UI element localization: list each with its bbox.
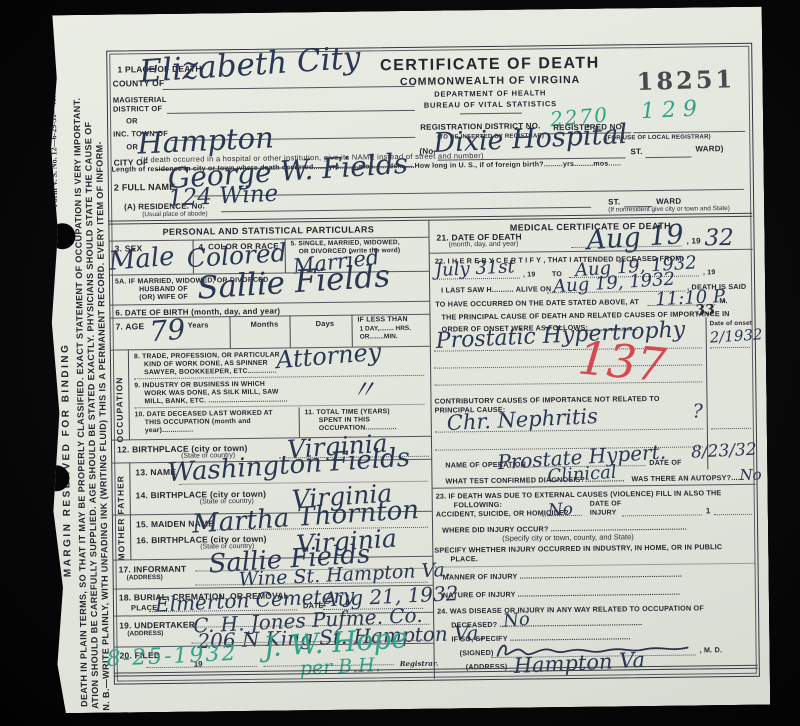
attended-year-print-2: , 19 [703,269,716,276]
certificate-title: CERTIFICATE OF DEATH [342,54,637,76]
registrar-print-label: Registrar. [400,659,439,668]
date-of-death-note: (month, day, and year) [449,241,519,249]
months-label: Months [250,320,278,329]
date-of-injury-label-1: DATE OF [590,500,622,507]
date-of-death-year-print: , 19 [687,236,701,245]
district-of-label: DISTRICT OF [113,104,162,114]
serial-number-stamp: 18251 [636,64,735,96]
autopsy-label: WAS THERE AN AUTOPSY?...... [631,473,744,483]
md-label: , M. D. [700,645,723,654]
sex-value-handwriting: Male [108,242,176,277]
if-less-than-label-2: 1 DAY,........ HRS. [360,325,412,333]
abode-note: (Usual place of abode) [142,210,207,218]
ward-label: WARD) [695,144,723,153]
signed-label: (SIGNED) [460,648,494,657]
attended-year-print-1: , 19 [523,271,536,278]
occupation-side-label: OCCUPATION [114,377,125,443]
total-time-label-2: SPENT IN THIS [319,416,370,424]
punch-hole-top [49,223,75,249]
or-label-2: OR [126,142,138,151]
st-label: ST. [630,147,642,156]
date-of-injury-label-2: INJURY [590,509,617,516]
spouse-label-3: (OR) WIFE OF [139,294,188,302]
specify-injury-label-2: PLACE. [450,554,478,563]
red-code-number: 137 [576,330,668,392]
test-value-handwriting: Clinical [547,462,617,487]
if-less-than-label-1: IF LESS THAN [357,316,407,324]
autopsy-value-handwriting: No [739,466,761,484]
injury-mark: 1 [706,506,711,515]
undertaker-address-label: (ADDRESS) [127,630,163,637]
margin-binding-note: MARGIN RESERVED FOR BINDING [60,343,74,578]
last-worked-label-3: year)............... [145,427,194,435]
age-value-handwriting: 79 [148,313,186,349]
informant-address-label: (ADDRESS) [127,574,163,581]
registered-no-value: 129 [640,96,704,124]
last-worked-label-2: THIS OCCUPATION (month and [145,418,251,426]
industry-ditto-mark: 〃 [350,369,376,406]
ward2-label: WARD [656,197,681,206]
st2-label: ST. [608,197,620,206]
occupation-related-value-handwriting: No [502,609,530,632]
onset-value-handwriting: 2/1932 [709,325,763,346]
years-label: Years [188,320,209,329]
operation-date-value-handwriting: 8/23/32 [691,440,757,463]
scanned-death-certificate-photo: Form V. S. No. 12—6-29-31—40M. MARGIN RE… [0,0,800,726]
occurred-m-label: M. [719,296,728,305]
marital-label-1: 5. SINGLE, MARRIED, WIDOWED, [291,239,400,247]
informant-label: 17. INFORMANT [118,564,186,575]
age-label: 7. AGE [116,321,145,331]
residence-value-handwriting: 124 Wine [167,181,278,212]
date-of-death-year-handwriting: 32 [704,225,734,251]
occurred-time-handwriting: 11:10 P. [655,286,728,310]
operation-date-label: DATE OF [649,458,682,467]
certificate-paper: Form V. S. No. 12—6-29-31—40M. MARGIN RE… [44,7,770,714]
total-time-label-1: 11. TOTAL TIME (YEARS) [305,408,390,416]
mother-side-label: MOTHER [116,518,127,561]
contributory-onset-mark: ? [693,400,703,422]
nonresident-note: (If nonresident give city or town and St… [608,205,730,213]
days-label: Days [315,319,334,328]
accident-value-handwriting: No [547,499,573,521]
full-name-label: 2 FULL NAME [114,182,176,193]
father-side-label: FATHER [115,475,125,514]
spouse-label-2: HUSBAND OF [139,286,188,294]
where-injury-note: (Specify city or town, county, and State… [502,532,634,543]
margin-form-number: Form V. S. No. 12—6-29-31—40M. [49,88,59,207]
father-birthplace-note: (State or country) [200,498,254,506]
registrar-per-handwriting: per B.H. [299,654,381,680]
undertaker-label: 19. UNDERTAKER [119,620,195,631]
or-label-1: OR [126,116,138,125]
last-saw-label: I LAST SAW H.......... ALIVE ON [441,284,551,294]
